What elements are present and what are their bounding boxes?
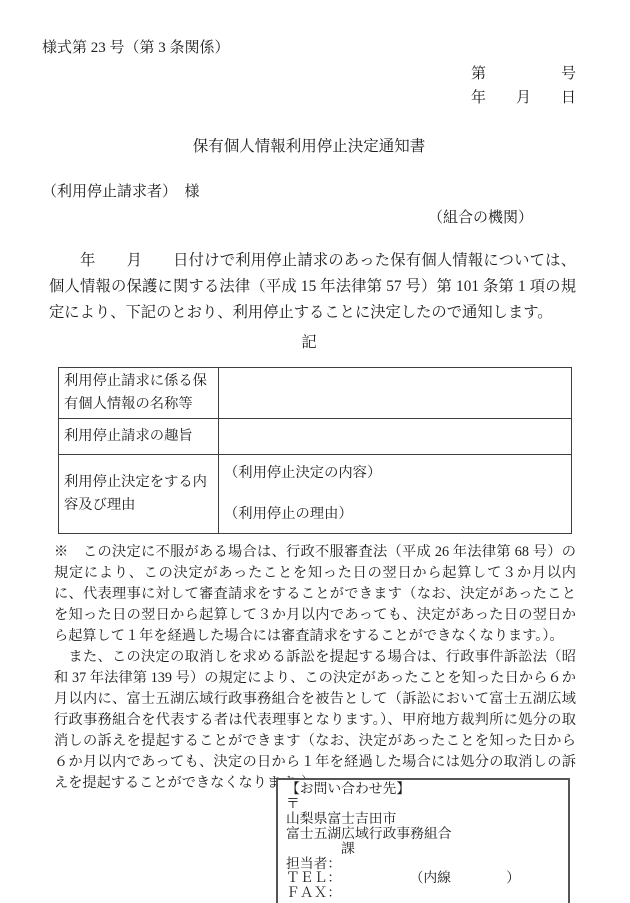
contact-address-1: 山梨県富士吉田市 (286, 812, 560, 827)
decision-reason-caption: （利用停止の理由） (224, 503, 567, 526)
row-value-decision-content: （利用停止決定の内容） （利用停止の理由） (219, 455, 572, 534)
row-label-decision-content: 利用停止決定をする内容及び理由 (59, 455, 219, 534)
contact-tel-line: ＴＥＬ： （内線 ） (286, 871, 560, 886)
doc-meta-block: 第 号 年 月 日 (42, 62, 576, 110)
row-label-request-purpose: 利用停止請求の趣旨 (59, 419, 219, 455)
tel-label: ＴＥＬ： (286, 871, 341, 886)
issuer-line: （組合の機関） (428, 208, 576, 228)
form-number: 様式第 23 号（第 3 条関係） (42, 38, 576, 58)
appeal-notes: ※ この決定に不服がある場合は、行政不服審査法（平成 26 年法律第 68 号）… (54, 542, 576, 794)
doc-date-line: 年 月 日 (42, 86, 576, 110)
addressee-line: （利用停止請求者） 様 (42, 182, 576, 202)
table-row: 利用停止請求に係る保有個人情報の名称等 (59, 368, 572, 419)
row-label-personal-info-name: 利用停止請求に係る保有個人情報の名称等 (59, 368, 219, 419)
appeal-note-paragraph-2: また、この決定の取消しを求める訴訟を提起する場合は、行政事件訴訟法（昭和 37 … (54, 647, 576, 794)
page-title: 保有個人情報利用停止決定通知書 (42, 136, 576, 158)
contact-box: 【お問い合わせ先】 〒 山梨県富士吉田市 富士五湖広域行政事務組合 課 担当者：… (276, 778, 570, 903)
document-page: 様式第 23 号（第 3 条関係） 第 号 年 月 日 保有個人情報利用停止決定… (0, 0, 630, 903)
appeal-note-paragraph-1: ※ この決定に不服がある場合は、行政不服審査法（平成 26 年法律第 68 号）… (54, 542, 576, 647)
tel-extension: （内線 ） (410, 871, 520, 886)
row-value-personal-info-name (219, 368, 572, 419)
decision-table: 利用停止請求に係る保有個人情報の名称等 利用停止請求の趣旨 利用停止決定をする内… (58, 367, 572, 534)
contact-fax: ＦＡＸ： (286, 886, 560, 901)
body-paragraph: 年 月 日付けで利用停止請求のあった保有個人情報については、個人情報の保護に関す… (49, 248, 576, 326)
decision-content-caption: （利用停止決定の内容） (224, 462, 567, 485)
row-value-request-purpose (219, 419, 572, 455)
table-row: 利用停止請求の趣旨 (59, 419, 572, 455)
table-row: 利用停止決定をする内容及び理由 （利用停止決定の内容） （利用停止の理由） (59, 455, 572, 534)
contact-address-2: 富士五湖広域行政事務組合 (286, 827, 560, 842)
record-heading: 記 (42, 331, 576, 355)
postal-mark: 〒 (286, 797, 560, 812)
contact-title: 【お問い合わせ先】 (286, 782, 560, 797)
doc-number-line: 第 号 (42, 62, 576, 86)
contact-department: 課 (286, 842, 560, 857)
